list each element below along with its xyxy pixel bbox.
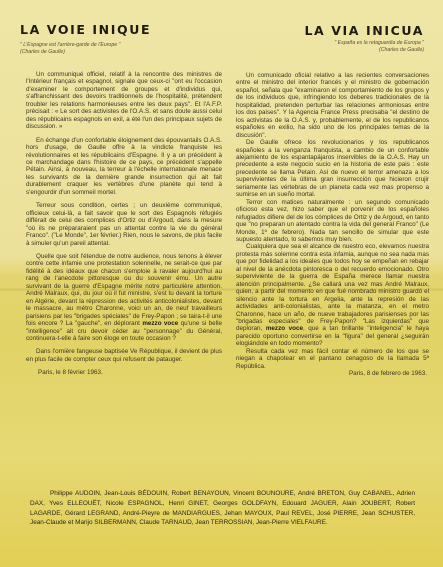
french-epigraph-author: (Charles de Gaulle) [20, 49, 120, 56]
french-paragraph-3: Terreur sous condition, certes ; un deux… [26, 202, 222, 247]
spanish-paragraph-3: Terror con matices naturalmente : un seg… [236, 199, 429, 244]
french-dateline: Paris, le 8 février 1963. [26, 369, 222, 376]
tract-page: LA VOIE INIQUE " L'Espagne est l'arrière… [0, 0, 443, 567]
spanish-paragraph-4: Cualquiera que sea el alcance de nuestro… [236, 243, 429, 347]
french-body: Un communiqué officiel, relatif à la ren… [26, 71, 222, 383]
french-title: LA VOIE INIQUE [20, 22, 151, 37]
french-mezzo-voce: mezzo voce [142, 320, 178, 327]
french-epigraph: " L'Espagne est l'arrière-garde de l'Eur… [20, 42, 120, 56]
spanish-mezzo-voce: mezzo voce [266, 325, 303, 332]
spanish-body: Un comunicado oficial relativo a las rec… [236, 72, 429, 378]
spanish-paragraph-1: Un comunicado oficial relativo a las rec… [236, 72, 429, 139]
spanish-epigraph-quote: " España es la retaguardia de Europa " [334, 40, 424, 47]
french-paragraph-1: Un communiqué officiel, relatif à la ren… [26, 71, 222, 131]
spanish-epigraph: " España es la retaguardia de Europa " (… [334, 40, 424, 54]
spanish-paragraph-4-text: Cualquiera que sea el alcance de nuestro… [236, 243, 429, 332]
spanish-dateline: Paris, 8 de febrero de 1963. [236, 370, 429, 377]
spanish-paragraph-5: Resulta cada vez mas fácil contar el núm… [236, 348, 429, 370]
spanish-title: LA VIA INICUA [304, 23, 424, 38]
french-paragraph-4: Quelle que soit l'étendue de notre audie… [26, 253, 222, 342]
french-epigraph-quote: " L'Espagne est l'arrière-garde de l'Eur… [20, 42, 120, 49]
french-paragraph-5: Dans l'ornière fangeuse baptisée Ve Répu… [26, 348, 222, 363]
spanish-epigraph-author: (Charles de Gaulle) [334, 47, 424, 54]
signatories-list: Philippe AUDOIN, Jean-Louis BÉDOUIN, Rob… [30, 489, 415, 528]
french-paragraph-4-text: Quelle que soit l'étendue de notre audie… [26, 253, 222, 327]
spanish-paragraph-2: De Gaulle ofrece los revolucionarios y l… [236, 139, 429, 199]
french-paragraph-2: En échange d'un confortable éloignement … [26, 137, 222, 197]
